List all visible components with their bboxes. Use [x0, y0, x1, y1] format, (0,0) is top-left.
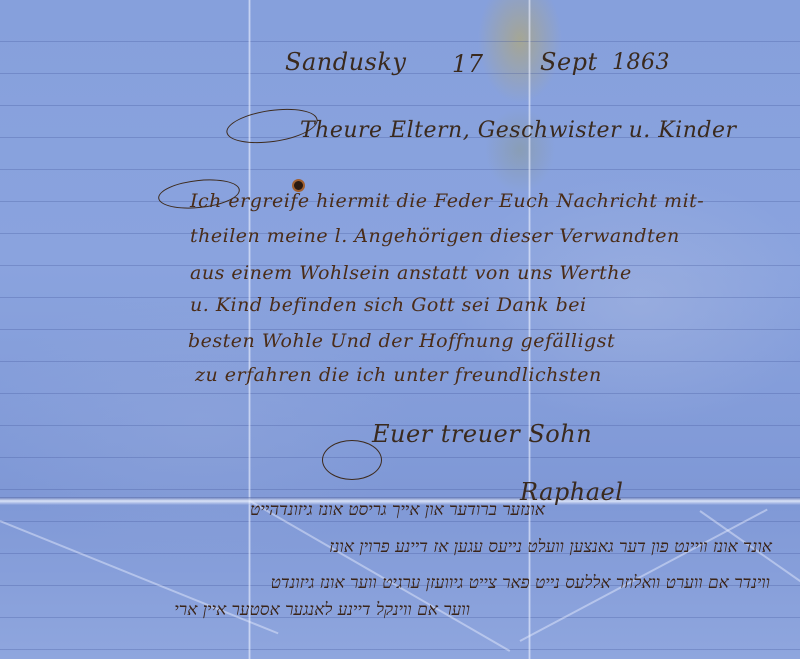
body-line: u. Kind befinden sich Gott sei Dank bei — [190, 294, 587, 316]
date-place: Sandusky — [285, 48, 406, 76]
body-line: Ich ergreife hiermit die Feder Euch Nach… — [190, 190, 704, 212]
date-year: 1863 — [612, 50, 670, 75]
body-line: theilen meine l. Angehörigen dieser Verw… — [190, 225, 680, 247]
yiddish-line: אונד אונז וויינט פון דער גאנצען וועלט ני… — [329, 537, 772, 557]
date-month: Sept — [540, 48, 598, 76]
yiddish-line: אונזער ברודער און אייך גריסט אונז גיזונד… — [250, 500, 790, 520]
salutation: Theure Eltern, Geschwister u. Kinder — [300, 118, 737, 143]
letter-paper: Sandusky 17 Sept 1863 Theure Eltern, Ges… — [0, 0, 800, 659]
yiddish-line: ווער אם ווינקל דיינע לאנגער אסטער איין א… — [174, 600, 470, 620]
date-day: 17 — [452, 50, 484, 78]
body-line: besten Wohle Und der Hoffnung gefälligst — [188, 330, 615, 352]
closing: Euer treuer Sohn — [372, 420, 592, 448]
body-line: zu erfahren die ich unter freundlichsten — [195, 364, 602, 386]
body-line: aus einem Wohlsein anstatt von uns Werth… — [190, 262, 632, 284]
yiddish-line: ווינדר אם ווערט וואלוזר אללעס נייט פאר צ… — [271, 573, 770, 593]
